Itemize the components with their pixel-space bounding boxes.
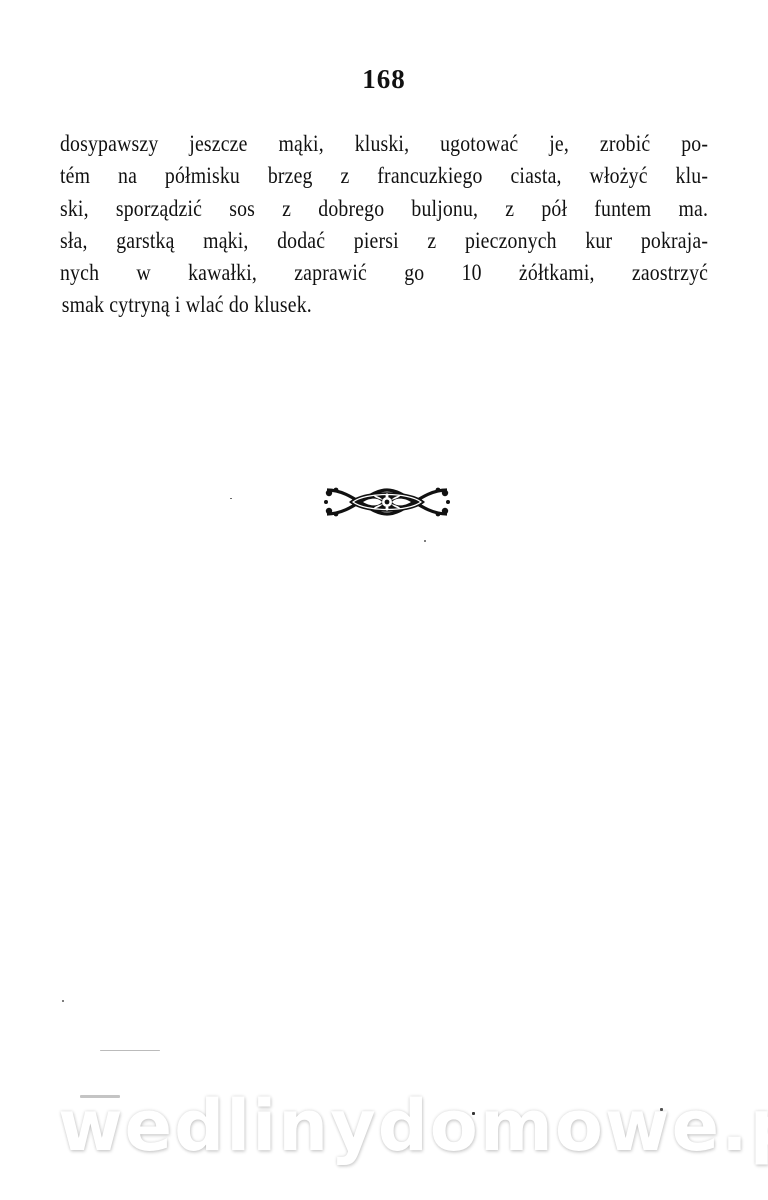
text-line: smak cytryną i wlać do klusek.: [60, 289, 710, 321]
text-line: sła, garstką mąki, dodać piersi z pieczo…: [60, 225, 708, 257]
fleuron-ornament-icon: [323, 484, 451, 520]
scan-speck: [100, 1050, 160, 1051]
scan-speck: [62, 1000, 64, 1002]
text-line: ski, sporządzić sos z dobrego buljonu, z…: [60, 193, 708, 225]
scan-speck: [230, 498, 232, 499]
watermark: wedlinydomowe.pl: [58, 1085, 718, 1167]
text-line: nych w kawałki, zaprawić go 10 żółtkami,…: [60, 257, 708, 289]
body-paragraph: dosypawszy jeszcze mąki, kluski, ugotowa…: [60, 128, 708, 322]
text-line: tém na półmisku brzeg z francuzkiego cia…: [60, 160, 708, 192]
page-number: 168: [0, 64, 768, 95]
scan-speck: [424, 540, 426, 542]
text-line: dosypawszy jeszcze mąki, kluski, ugotowa…: [60, 128, 708, 160]
